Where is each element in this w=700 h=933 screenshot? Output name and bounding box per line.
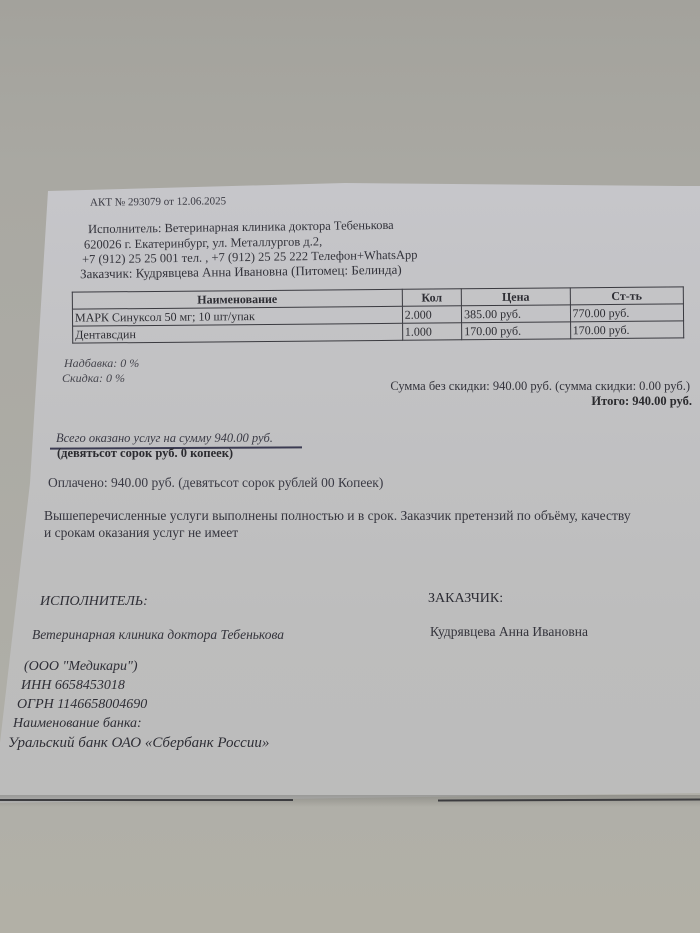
items-table: Наименование Кол Цена Ст-ть МАРК Синуксо… (72, 286, 684, 343)
item-name: Дентавсдин (73, 323, 403, 343)
served-total: Всего оказано услуг на сумму 940.00 руб. (56, 431, 273, 446)
executor-bank: Уральский банк ОАО «Сбербанк России» (8, 735, 269, 752)
item-total: 770.00 руб. (570, 304, 684, 322)
sum-without-discount: Сумма без скидки: 940.00 руб. (сумма ски… (390, 379, 690, 394)
header-qty: Кол (402, 289, 462, 307)
markup-text: Надбавка: 0 % (64, 356, 139, 371)
statement-line-1: Вышеперечисленные услуги выполнены полно… (44, 508, 631, 524)
item-price: 385.00 руб. (462, 305, 571, 323)
item-total: 170.00 руб. (570, 321, 684, 339)
discount-text: Скидка: 0 % (62, 371, 125, 386)
executor-ogrn: ОГРН 1146658004690 (17, 697, 147, 713)
header-price: Цена (461, 288, 570, 306)
customer-heading: ЗАКАЗЧИК: (428, 591, 503, 607)
item-qty: 2.000 (402, 306, 462, 324)
sheet-shadow (0, 795, 700, 807)
act-title: АКТ № 293079 от 12.06.2025 (90, 195, 226, 208)
paid-text: Оплачено: 940.00 руб. (девятьсот сорок р… (48, 475, 383, 491)
executor-bank-label: Наименование банка: (13, 716, 142, 732)
statement-line-2: и срокам оказания услуг не имеет (44, 525, 238, 541)
header-total: Ст-ть (570, 287, 684, 305)
executor-org: (ООО "Медикари") (24, 659, 138, 675)
grand-total: Итого: 940.00 руб. (591, 394, 692, 409)
item-qty: 1.000 (402, 323, 462, 341)
item-price: 170.00 руб. (462, 322, 571, 340)
executor-heading: ИСПОЛНИТЕЛЬ: (40, 594, 148, 610)
customer-name: Кудрявцева Анна Ивановна (430, 624, 588, 640)
served-total-words: (девятьсот сорок руб. 0 копеек) (57, 446, 233, 461)
executor-inn: ИНН 6658453018 (21, 678, 125, 694)
executor-name: Ветеринарная клиника доктора Тебенькова (32, 627, 284, 643)
